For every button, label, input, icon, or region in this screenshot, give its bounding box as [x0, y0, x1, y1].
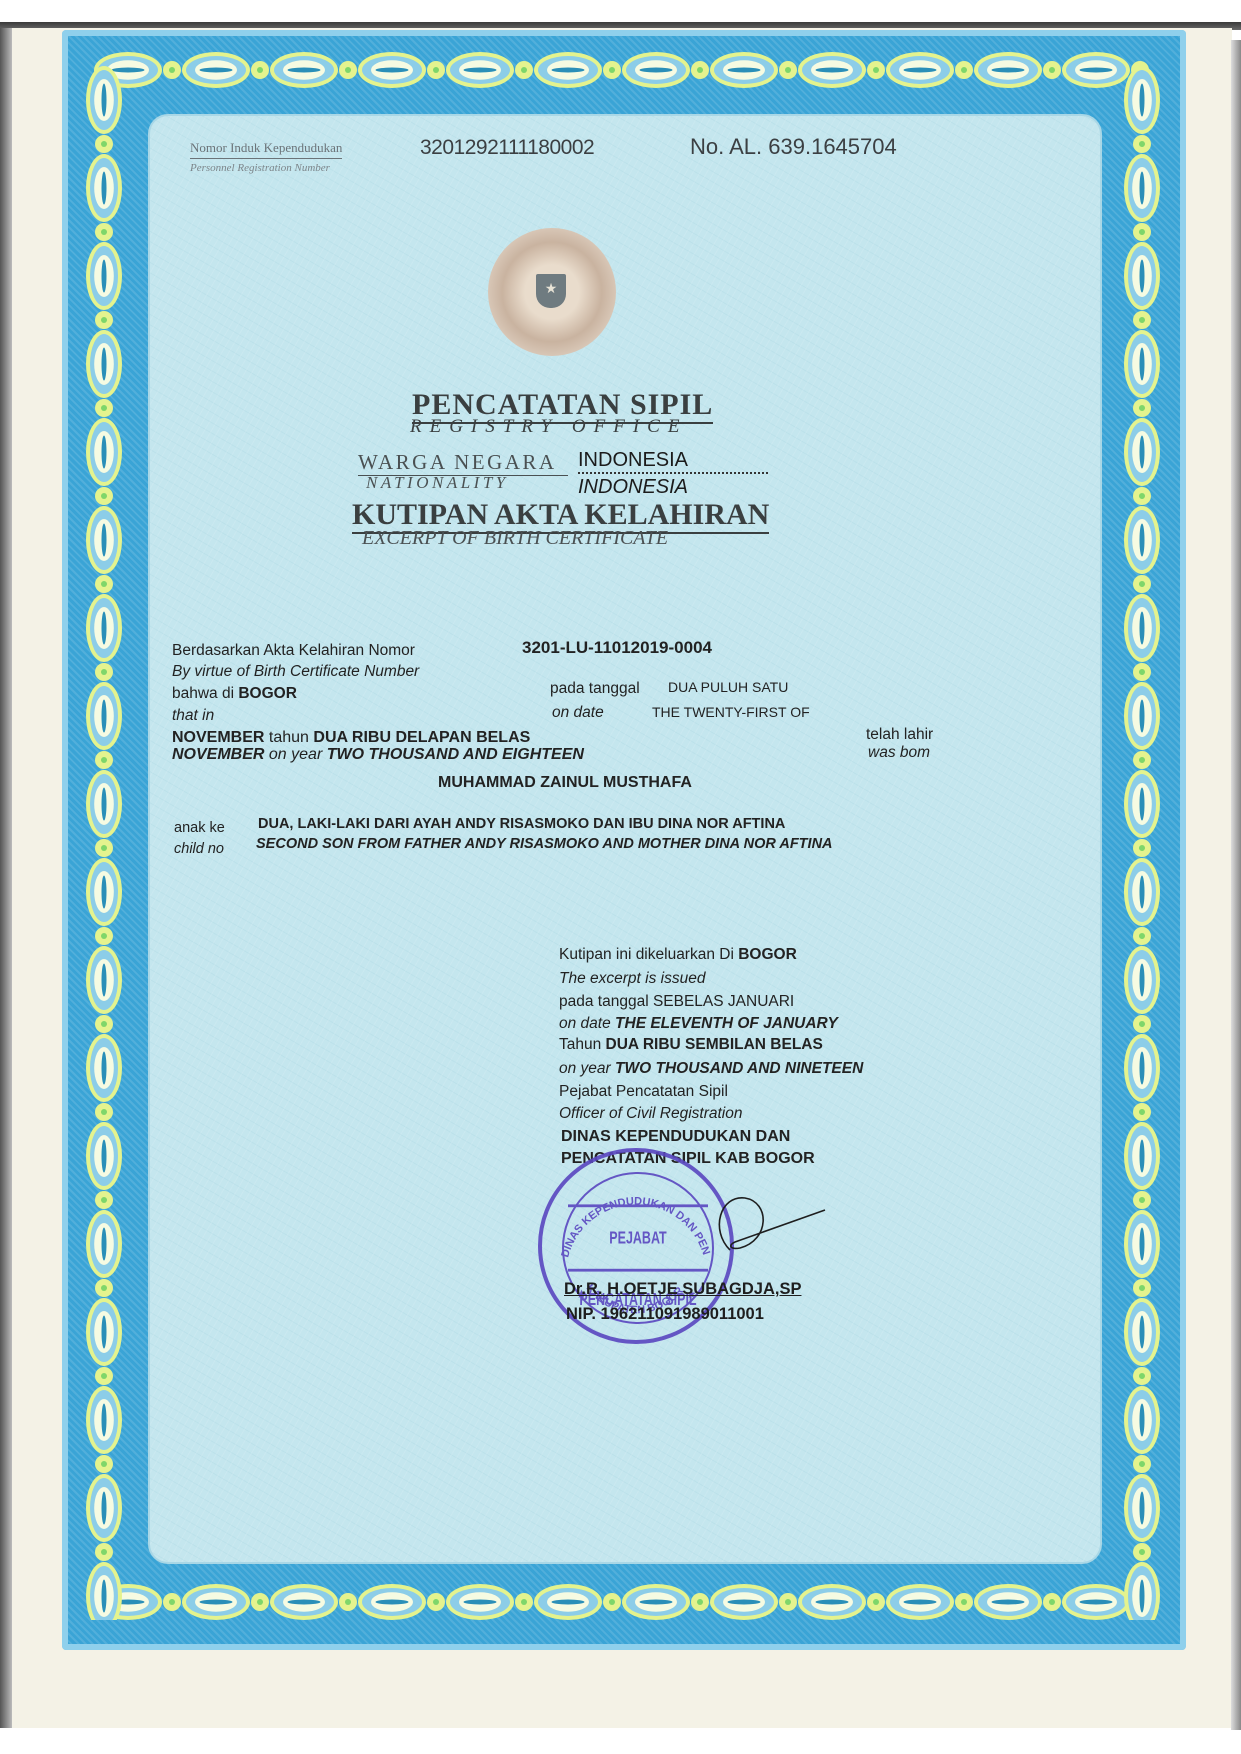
child-no-value: DUA, LAKI-LAKI DARI AYAH ANDY RISASMOKO … — [258, 816, 785, 832]
certificate-title-en: EXCERPT OF BIRTH CERTIFICATE — [362, 527, 668, 550]
issue-date-label: pada tanggal — [559, 993, 649, 1010]
garuda-emblem-icon: ★ — [488, 228, 616, 356]
office-title-en: REGISTRY OFFICE — [410, 416, 687, 438]
child-no-value-en: SECOND SON FROM FATHER ANDY RISASMOKO AN… — [256, 836, 833, 852]
signature — [700, 1190, 830, 1260]
birth-date-value: DUA PULUH SATU — [668, 679, 788, 695]
nik-label: Nomor Induk Kependudukan — [190, 140, 342, 159]
year-label: tahun — [269, 729, 309, 746]
cert-number-label: Berdasarkan Akta Kelahiran Nomor — [172, 642, 415, 660]
born-label-en: was bom — [868, 744, 930, 762]
issued-place: BOGOR — [738, 946, 797, 963]
place-label-en: that in — [172, 707, 214, 725]
nik-label-en: Personnel Registration Number — [190, 162, 330, 174]
birth-month: NOVEMBER — [172, 729, 264, 746]
cert-number-label-en: By virtue of Birth Certificate Number — [172, 663, 419, 681]
issue-date-label-en: on date — [559, 1015, 611, 1032]
document-number: No. AL. 639.1645704 — [690, 134, 897, 160]
issue-date-row-en: on date THE ELEVENTH OF JANUARY — [559, 1015, 838, 1033]
issued-label-en: The excerpt is issued — [559, 970, 705, 988]
issued-label: Kutipan ini dikeluarkan Di — [559, 946, 734, 963]
paper-left-edge — [0, 28, 12, 1728]
child-name: MUHAMMAD ZAINUL MUSTHAFA — [438, 774, 692, 792]
birth-date-label: pada tanggal — [550, 680, 640, 698]
issue-year-label-en: on year — [559, 1060, 611, 1077]
birth-year-en: TWO THOUSAND AND EIGHTEEN — [327, 746, 584, 763]
svg-text:DINAS KEPENDUDUKAN DAN PENCATA: DINAS KEPENDUDUKAN DAN PENCATATAN SIPIL — [538, 1148, 712, 1259]
nik-value: 3201292111180002 — [420, 136, 594, 160]
agency-line-1: DINAS KEPENDUDUKAN DAN — [561, 1128, 790, 1146]
place-value: BOGOR — [238, 685, 297, 702]
issue-year-row: Tahun DUA RIBU SEMBILAN BELAS — [559, 1036, 823, 1054]
issue-date-value: SEBELAS JANUARI — [653, 993, 794, 1010]
born-label: telah lahir — [866, 726, 933, 744]
nationality-value: INDONESIA — [578, 449, 768, 474]
issued-row: Kutipan ini dikeluarkan Di BOGOR — [559, 946, 797, 964]
child-no-label-en: child no — [174, 841, 224, 857]
place-row: bahwa di BOGOR — [172, 685, 297, 703]
paper-right-edge — [1231, 40, 1241, 1730]
shield-icon: ★ — [536, 274, 566, 308]
issue-year-label: Tahun — [559, 1036, 601, 1053]
birth-year-row: NOVEMBER tahun DUA RIBU DELAPAN BELAS — [172, 729, 530, 747]
issue-year-row-en: on year TWO THOUSAND AND NINETEEN — [559, 1060, 863, 1078]
issue-date-row: pada tanggal SEBELAS JANUARI — [559, 993, 794, 1011]
officer-nip: NIP. 196211091989011001 — [566, 1305, 764, 1324]
cert-number-value: 3201-LU-11012019-0004 — [522, 638, 712, 658]
issue-date-value-en: THE ELEVENTH OF JANUARY — [615, 1015, 838, 1032]
star-icon: ★ — [536, 280, 566, 297]
year-label-en: on year — [269, 746, 322, 763]
birth-date-value-en: THE TWENTY-FIRST OF — [652, 704, 810, 720]
issue-year-value-en: TWO THOUSAND AND NINETEEN — [615, 1060, 863, 1077]
birth-month-en: NOVEMBER — [172, 746, 264, 763]
birth-date-label-en: on date — [552, 704, 604, 722]
nationality-label-en: NATIONALITY — [366, 473, 509, 493]
birth-year: DUA RIBU DELAPAN BELAS — [313, 729, 530, 746]
officer-name: Dr.R. H.OETJE SUBAGDJA,SP — [564, 1280, 801, 1299]
officer-title-en: Officer of Civil Registration — [559, 1105, 742, 1123]
nationality-value-en: INDONESIA — [578, 476, 688, 499]
birth-year-row-en: NOVEMBER on year TWO THOUSAND AND EIGHTE… — [172, 746, 584, 764]
issue-year-value: DUA RIBU SEMBILAN BELAS — [606, 1036, 823, 1053]
officer-title: Pejabat Pencatatan Sipil — [559, 1083, 728, 1101]
child-no-label: anak ke — [174, 820, 225, 836]
place-label: bahwa di — [172, 685, 234, 702]
